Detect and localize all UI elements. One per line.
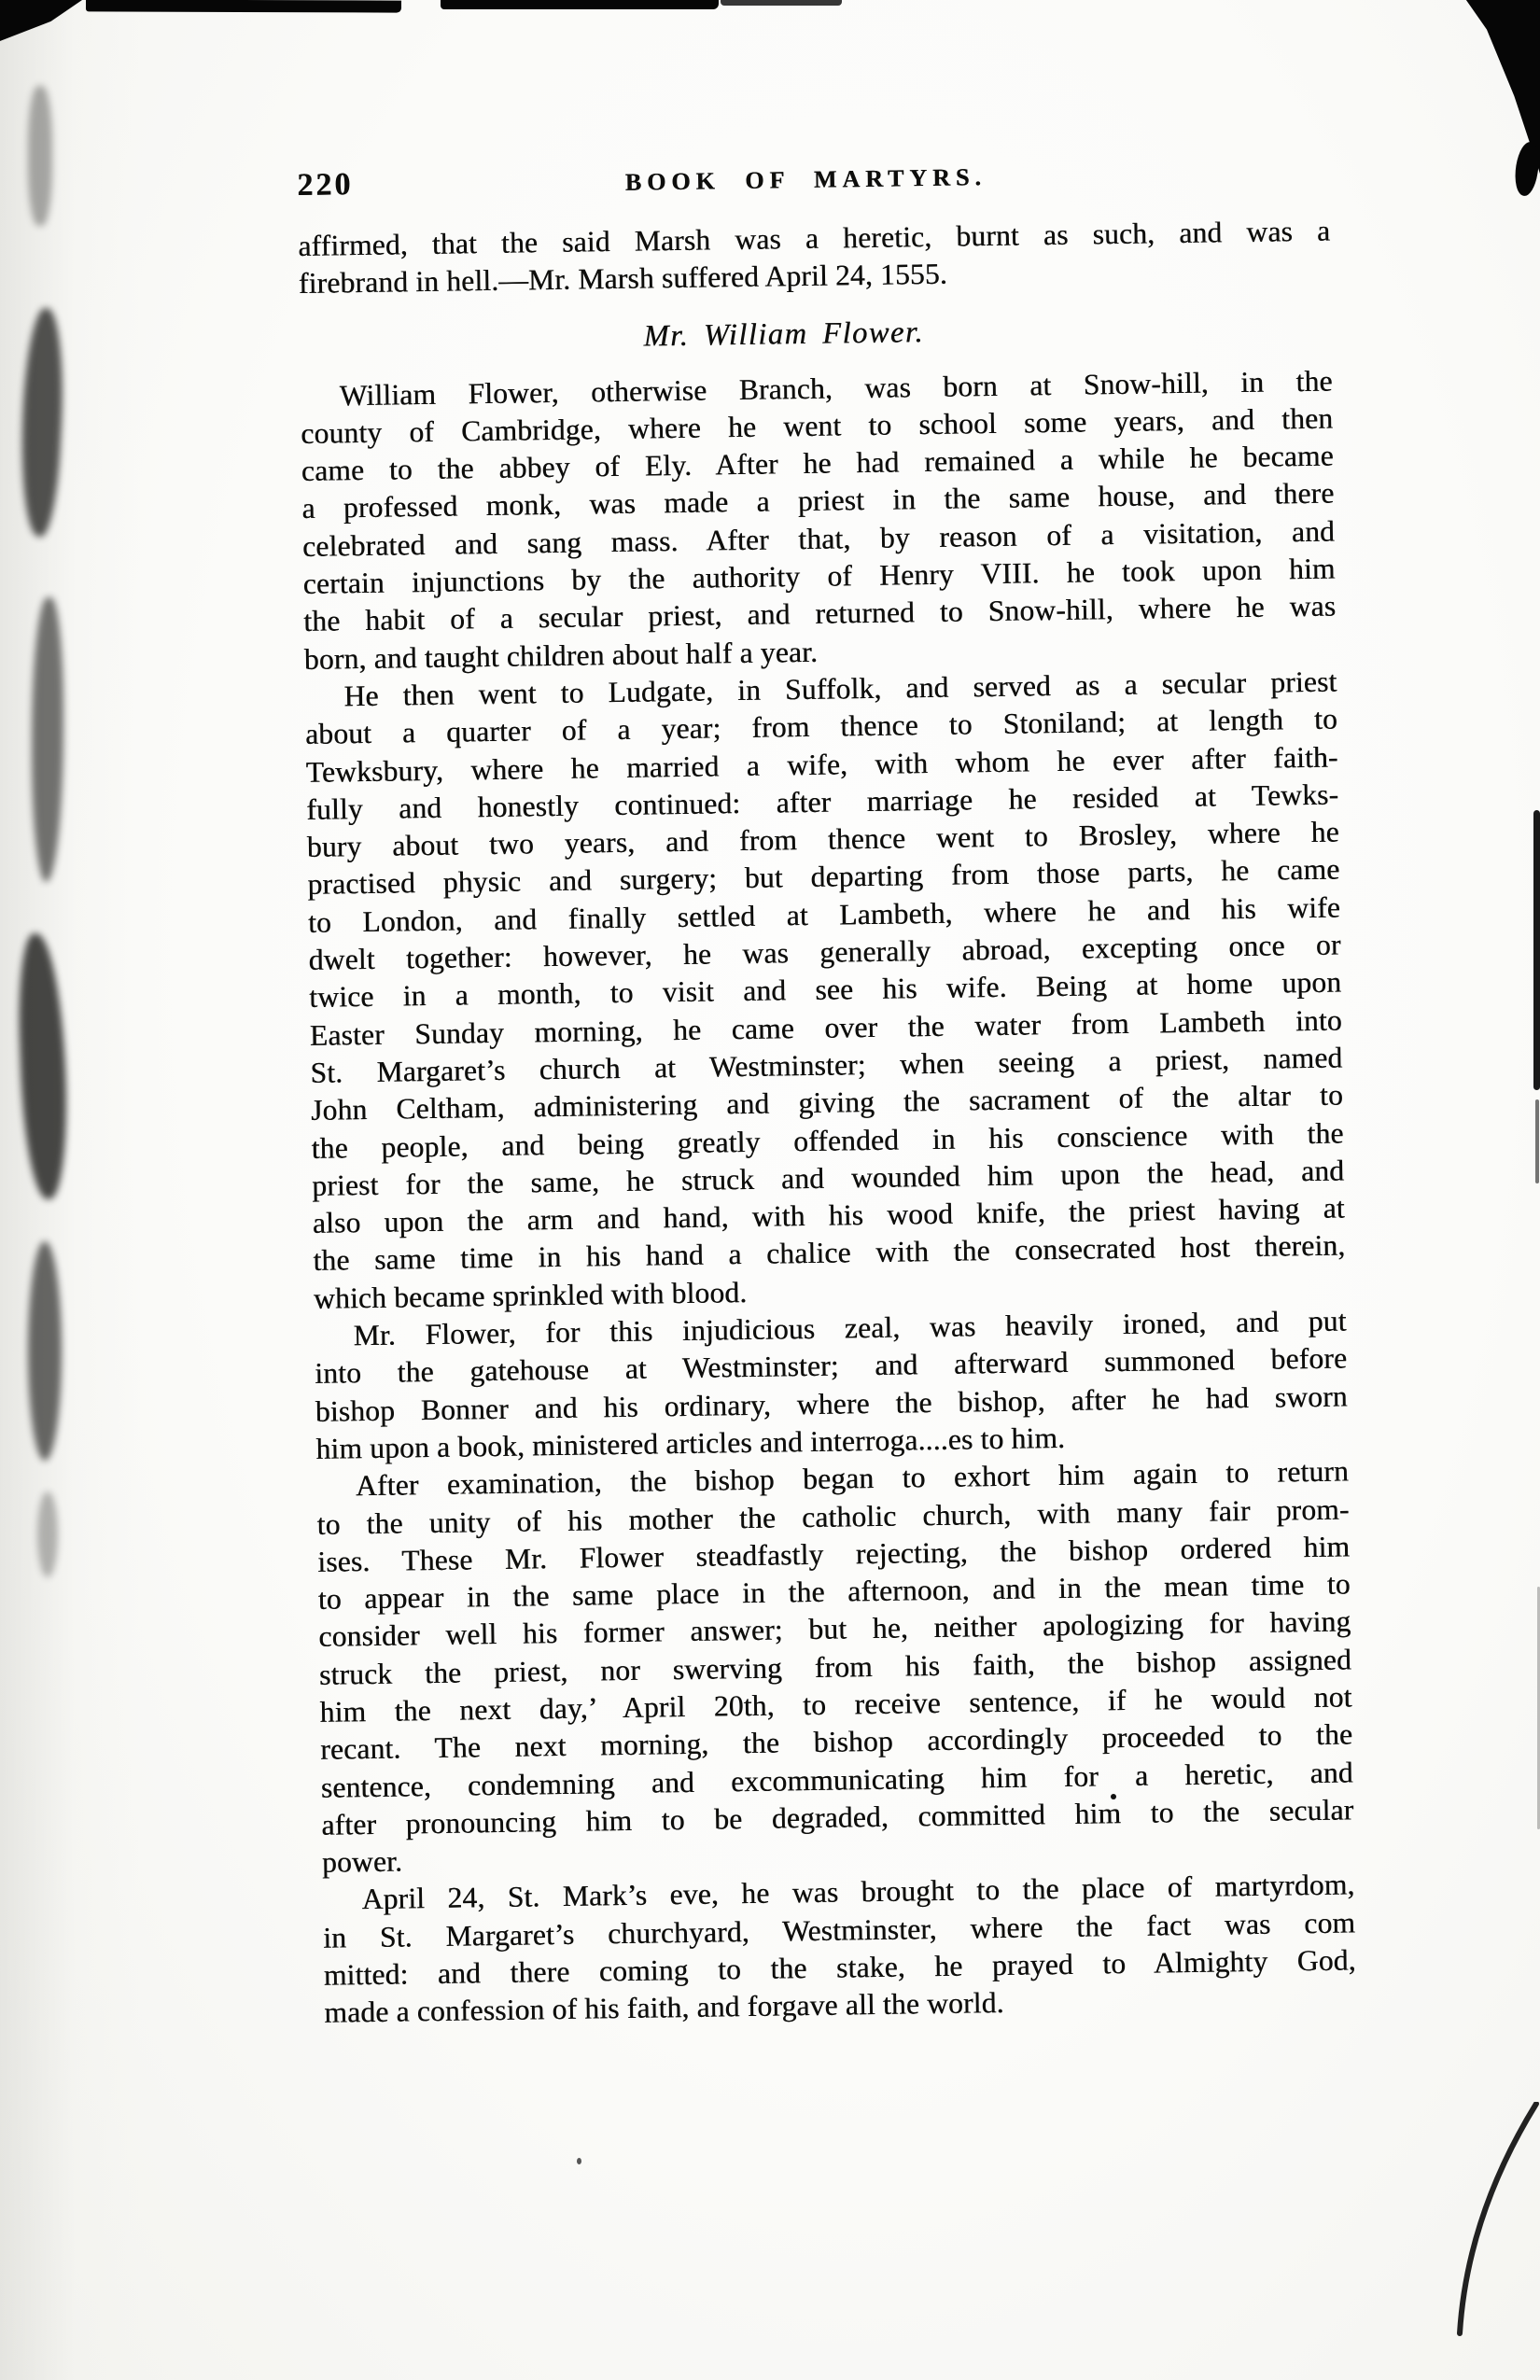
ink-blot-left-2 [17, 307, 68, 538]
ink-blot-left-4 [16, 932, 70, 1200]
page-header: 220 BOOK OF MARTYRS. [297, 149, 1330, 207]
scan-artifact-right-edge-2 [1535, 1099, 1539, 1183]
section-heading: Mr. William Flower. [267, 305, 1300, 363]
scan-artifact-bottom-right-curl [1439, 2102, 1540, 2337]
ink-blot-left-3 [32, 597, 63, 882]
ink-blot-left-1 [28, 86, 52, 226]
body-text: affirmed, that the said Marsh was a here… [298, 213, 1357, 2033]
ink-blot-left-5 [28, 1241, 62, 1461]
scan-artifact-top-edge-1 [86, 0, 401, 13]
scan-artifact-top-left-corner [0, 0, 82, 41]
running-title: BOOK OF MARTYRS. [289, 159, 1322, 202]
scan-artifact-right-edge-1 [1533, 810, 1540, 1090]
scan-artifact-top-edge-3 [721, 0, 842, 6]
ink-blot-left-6 [37, 1491, 58, 1577]
page-content: 220 BOOK OF MARTYRS. affirmed, that the … [297, 149, 1357, 2033]
ink-speck-2 [577, 2158, 581, 2164]
scan-artifact-right-blob [1512, 140, 1540, 197]
scanned-page: 220 BOOK OF MARTYRS. affirmed, that the … [0, 0, 1540, 2380]
scan-artifact-top-edge-2 [441, 0, 719, 9]
